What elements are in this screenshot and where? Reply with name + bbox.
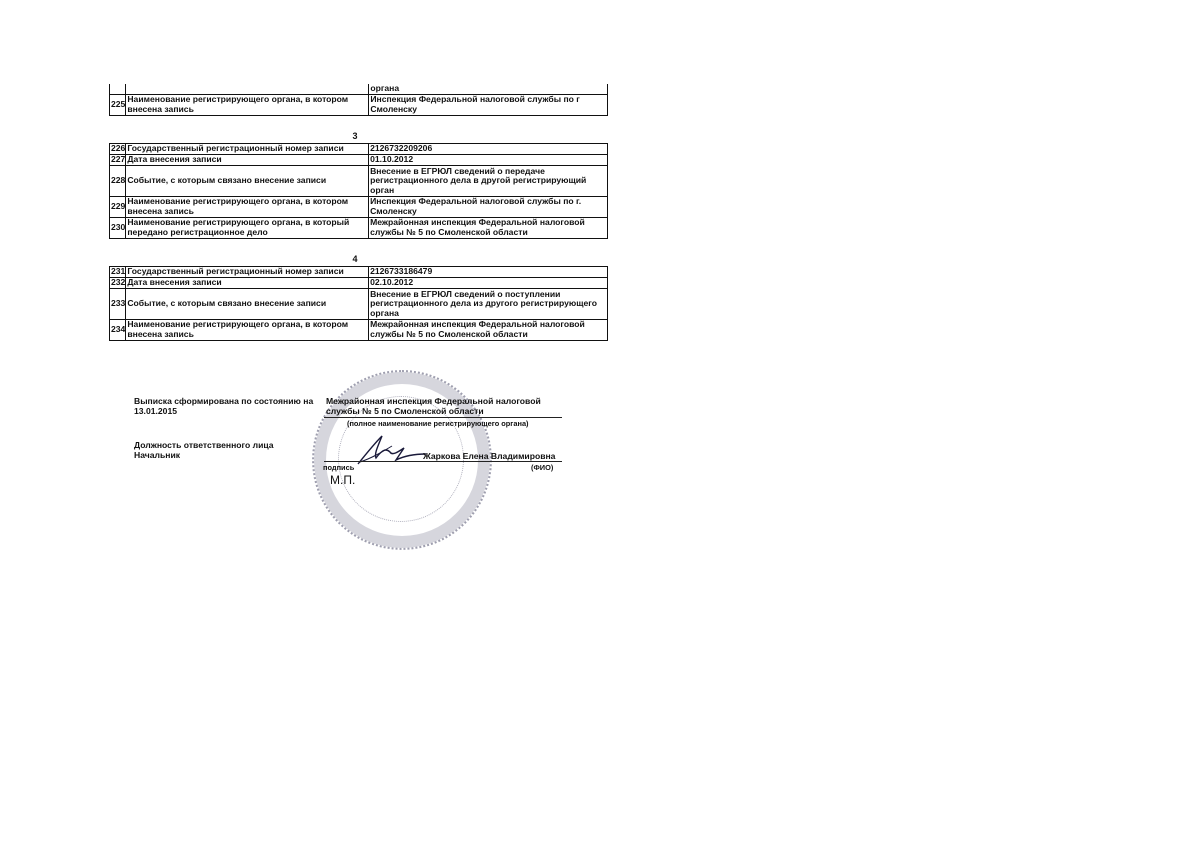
records-table-section-3: 226 Государственный регистрационный номе… (109, 143, 608, 239)
fio-caption: (ФИО) (531, 463, 553, 473)
row-value: органа (369, 84, 608, 94)
row-label: Наименование регистрирующего органа, в к… (126, 94, 369, 115)
row-number: 231 (110, 267, 126, 278)
table-row: 228 Событие, с которым связано внесение … (110, 166, 608, 197)
records-table-fragment: органа 225 Наименование регистрирующего … (109, 84, 608, 116)
section-number: 3 (345, 131, 365, 141)
organ-name-line1: Межрайонная инспекция Федеральной налого… (326, 396, 541, 406)
organ-name-line2: службы № 5 по Смоленской области (326, 406, 484, 416)
formed-date: 13.01.2015 (134, 406, 177, 416)
seal-mark: М.П. (330, 473, 355, 487)
row-value: 02.10.2012 (369, 278, 608, 289)
table-row: органа (110, 84, 608, 94)
row-number: 228 (110, 166, 126, 197)
signature-caption: подпись (323, 463, 354, 473)
row-value: 2126733186479 (369, 267, 608, 278)
row-number: 230 (110, 218, 126, 239)
signature-underline (324, 461, 562, 462)
row-number: 227 (110, 155, 126, 166)
table-row: 230 Наименование регистрирующего органа,… (110, 218, 608, 239)
position-label: Должность ответственного лица (134, 440, 274, 450)
row-value: Внесение в ЕГРЮЛ сведений о поступлении … (369, 289, 608, 320)
row-value: Межрайонная инспекция Федеральной налого… (369, 218, 608, 239)
organ-caption: (полное наименование регистрирующего орг… (347, 419, 529, 429)
section-number: 4 (345, 254, 365, 264)
row-value: 01.10.2012 (369, 155, 608, 166)
row-number: 232 (110, 278, 126, 289)
row-value: Внесение в ЕГРЮЛ сведений о передаче рег… (369, 166, 608, 197)
row-label: Событие, с которым связано внесение запи… (126, 166, 369, 197)
table-row: 231 Государственный регистрационный номе… (110, 267, 608, 278)
organ-underline (324, 417, 562, 418)
table-row: 234 Наименование регистрирующего органа,… (110, 320, 608, 341)
row-number: 234 (110, 320, 126, 341)
table-row: 225 Наименование регистрирующего органа,… (110, 94, 608, 115)
fio-value: Жаркова Елена Владимировна (423, 451, 555, 461)
records-table-section-4: 231 Государственный регистрационный номе… (109, 266, 608, 341)
row-number: 233 (110, 289, 126, 320)
row-number: 229 (110, 197, 126, 218)
row-value: Инспекция Федеральной налоговой службы п… (369, 94, 608, 115)
row-number: 226 (110, 144, 126, 155)
table-row: 227 Дата внесения записи 01.10.2012 (110, 155, 608, 166)
row-value: Инспекция Федеральной налоговой службы п… (369, 197, 608, 218)
row-value: 2126732209206 (369, 144, 608, 155)
row-label: Дата внесения записи (126, 278, 369, 289)
table-row: 229 Наименование регистрирующего органа,… (110, 197, 608, 218)
row-label: Дата внесения записи (126, 155, 369, 166)
table-row: 233 Событие, с которым связано внесение … (110, 289, 608, 320)
row-number: 225 (110, 94, 126, 115)
signature-icon (352, 432, 452, 468)
row-label: Государственный регистрационный номер за… (126, 144, 369, 155)
row-label: Наименование регистрирующего органа, в к… (126, 320, 369, 341)
row-value: Межрайонная инспекция Федеральной налого… (369, 320, 608, 341)
formed-label: Выписка сформирована по состоянию на (134, 396, 313, 406)
table-row: 226 Государственный регистрационный номе… (110, 144, 608, 155)
row-label: Государственный регистрационный номер за… (126, 267, 369, 278)
table-row: 232 Дата внесения записи 02.10.2012 (110, 278, 608, 289)
position-value: Начальник (134, 450, 180, 460)
row-label: Событие, с которым связано внесение запи… (126, 289, 369, 320)
row-label: Наименование регистрирующего органа, в к… (126, 218, 369, 239)
row-label: Наименование регистрирующего органа, в к… (126, 197, 369, 218)
